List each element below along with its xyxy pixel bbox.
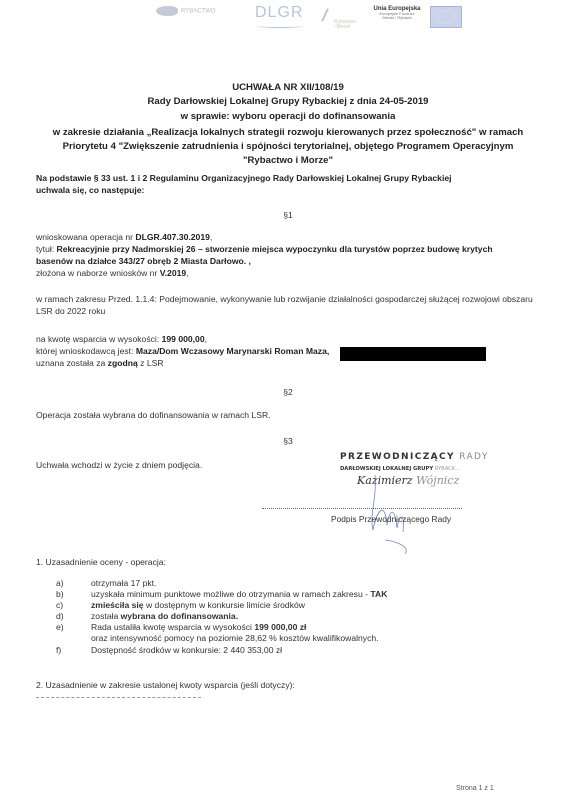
- lsr-compliance-label: uznana została za: [36, 358, 108, 368]
- list-item-f-text: Dostępność środków w konkursie: 2 440 35…: [91, 645, 282, 655]
- list-item-b-text: uzyskała minimum punktowe możliwe do otr…: [91, 589, 370, 599]
- call-number: V.2019: [160, 268, 186, 278]
- stamp-name: Kazimierz Wójnicz: [357, 474, 459, 487]
- eu-flag-icon: [430, 6, 462, 28]
- stamp-name-first: Kazimierz: [357, 474, 413, 487]
- scope-line2: LSR do 2022 roku: [36, 306, 105, 318]
- list-item-c-bold: zmieściła się: [91, 600, 144, 610]
- operation-title-line2: basenów na działce 343/27 obręb 2 Miasta…: [36, 256, 251, 268]
- stamp-title-light: RADY: [455, 452, 489, 462]
- operation-number-label: wnioskowana operacja nr: [36, 232, 135, 242]
- list-item-e: Rada ustaliła kwotę wsparcia w wysokości…: [91, 622, 306, 632]
- operation-title-label: tytuł:: [36, 244, 57, 254]
- operation-title-text-2: basenów na działce 343/27 obręb 2 Miasta…: [36, 256, 251, 266]
- preamble-line2: uchwala się, co następuje:: [36, 185, 144, 197]
- resolution-scope-line3: "Rybactwo i Morze": [0, 155, 576, 167]
- list-item-e-text2: oraz intensywność pomocy na poziomie 28,…: [91, 633, 379, 643]
- signature-line: [262, 508, 462, 509]
- lsr-compliance-line: uznana została za zgodną z LSR: [36, 358, 164, 370]
- lsr-compliance-suffix: z LSR: [138, 358, 164, 368]
- stamp-title-main: PRZEWODNICZĄCY: [340, 452, 455, 462]
- operation-number: DLGR.407.30.2019: [135, 232, 210, 242]
- support-amount: 199 000,00: [162, 334, 205, 344]
- support-amount-line: na kwotę wsparcia w wysokości: 199 000,0…: [36, 334, 207, 346]
- resolution-subject: w sprawie: wyboru operacji do dofinansow…: [0, 111, 576, 123]
- call-number-label: złożona w naborze wniosków nr: [36, 268, 160, 278]
- operation-title-line1: tytuł: Rekreacyjnie przy Nadmorskiej 26 …: [36, 244, 493, 256]
- operation-title-text-1: Rekreacyjnie przy Nadmorskiej 26 – stwor…: [57, 244, 493, 254]
- dlgr-logo-text: DLGR: [255, 4, 303, 21]
- list-item-d-bold: wybrana do dofinansowania.: [121, 611, 238, 621]
- list-item-b: uzyskała minimum punktowe możliwe do otr…: [91, 589, 387, 599]
- section1-heading: §1: [0, 210, 576, 220]
- fish-icon: [156, 6, 178, 16]
- dlgr-logo: DLGR: [255, 4, 310, 30]
- list-letter-d: d): [56, 611, 64, 621]
- list-item-a: otrzymała 17 pkt.: [91, 578, 156, 588]
- list-item-c-text: w dostępnym w konkursie limicie środków: [144, 600, 305, 610]
- list-item-b-bold: TAK: [370, 589, 387, 599]
- program-logo-line2: i Morze: [334, 25, 356, 30]
- stars-icon: [437, 10, 455, 24]
- justification2-heading: 2. Uzasadnienie w zakresie ustalonej kwo…: [36, 680, 295, 692]
- list-letter-e: e): [56, 622, 64, 632]
- list-letter-a: a): [56, 578, 64, 588]
- dashed-line: [36, 697, 201, 698]
- list-item-d: została wybrana do dofinansowania.: [91, 611, 238, 621]
- sprout-icon: [321, 8, 329, 22]
- list-item-e-bold: 199 000,00 zł: [254, 622, 306, 632]
- preamble-line1: Na podstawie § 33 ust. 1 i 2 Regulaminu …: [36, 173, 452, 185]
- list-item-a-text: otrzymała 17 pkt.: [91, 578, 156, 588]
- rybactwo-logo-text: RYBACTWO: [181, 9, 216, 15]
- resolution-scope-line2: Priorytetu 4 "Zwiększenie zatrudnienia i…: [0, 141, 576, 153]
- call-number-suffix: ,: [186, 268, 188, 278]
- section2-text: Operacja została wybrana do dofinansowan…: [36, 410, 271, 422]
- support-amount-suffix: ,: [205, 334, 207, 344]
- stamp-organization-light: RYBACK...: [433, 466, 460, 472]
- page-number: Strona 1 z 1: [456, 785, 494, 792]
- stamp-organization-main: DARŁOWSKIEJ LOKALNEJ GRUPY: [340, 466, 433, 472]
- section2-heading: §2: [0, 387, 576, 397]
- applicant-label: której wnioskodawcą jest:: [36, 346, 136, 356]
- section3-text: Uchwała wchodzi w życie z dniem podjęcia…: [36, 460, 202, 472]
- signature-caption: Podpis Przewodniczącego Rady: [331, 514, 451, 524]
- justification-heading: 1. Uzasadnienie oceny - operacja:: [36, 557, 166, 569]
- list-letter-b: b): [56, 589, 64, 599]
- lsr-compliance-value: zgodną: [108, 358, 138, 368]
- list-letter-f: f): [56, 645, 61, 655]
- list-item-f: Dostępność środków w konkursie: 2 440 35…: [91, 645, 282, 655]
- stamp-title: PRZEWODNICZĄCY RADY: [340, 452, 489, 462]
- stamp-organization: DARŁOWSKIEJ LOKALNEJ GRUPY RYBACK...: [340, 466, 460, 472]
- applicant-line: której wnioskodawcą jest: Maza/Dom Wczas…: [36, 346, 329, 358]
- call-number-line: złożona w naborze wniosków nr V.2019,: [36, 268, 189, 280]
- eu-sub-2: Morski i Rybacki: [367, 16, 427, 20]
- header-logos: RYBACTWO DLGR Rybactwo i Morze Unia Euro…: [150, 2, 450, 34]
- list-item-c: zmieściła się w dostępnym w konkursie li…: [91, 600, 305, 610]
- resolution-scope-line1: w zakresie działania „Realizacja lokalny…: [0, 127, 576, 139]
- wave-icon: [257, 24, 303, 28]
- operation-number-suffix: ,: [210, 232, 212, 242]
- section3-heading: §3: [0, 436, 576, 446]
- list-item-e-text: Rada ustaliła kwotę wsparcia w wysokości: [91, 622, 254, 632]
- resolution-number: UCHWAŁA NR XII/108/19: [0, 82, 576, 94]
- stamp-name-last: Wójnicz: [413, 474, 460, 487]
- resolution-board-date: Rady Darłowskiej Lokalnej Grupy Rybackie…: [0, 96, 576, 108]
- list-item-d-text: została: [91, 611, 121, 621]
- applicant-name: Maza/Dom Wczasowy Marynarski Roman Maza,: [136, 346, 329, 356]
- support-amount-label: na kwotę wsparcia w wysokości:: [36, 334, 162, 344]
- operation-number-line: wnioskowana operacja nr DLGR.407.30.2019…: [36, 232, 212, 244]
- rybactwo-logo: RYBACTWO: [156, 6, 236, 22]
- scope-line1: w ramach zakresu Przed. 1.1.4: Podejmowa…: [36, 294, 533, 306]
- redacted-block: [340, 347, 486, 361]
- eu-logo-text: Unia Europejska Europejski Fundusz Morsk…: [367, 6, 427, 20]
- justification-list: a) otrzymała 17 pkt. b) uzyskała minimum…: [0, 578, 576, 658]
- list-letter-c: c): [56, 600, 63, 610]
